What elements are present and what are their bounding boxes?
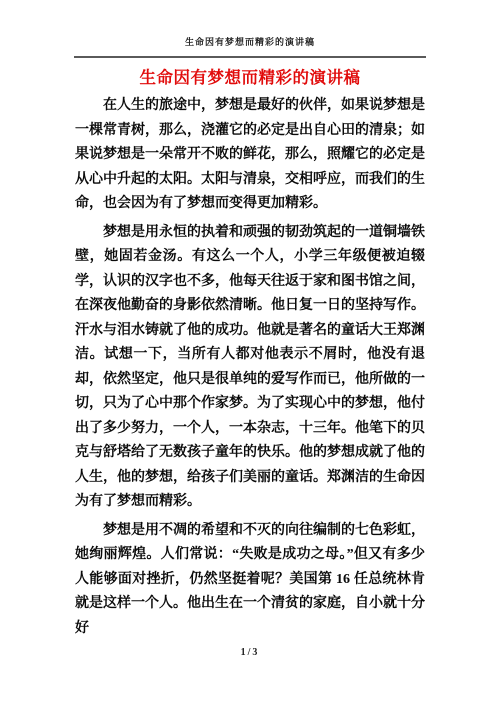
document-body: 在人生的旅途中，梦想是最好的伙伴，如果说梦想是一棵常青树，那么，浇灌它的必定是出…	[75, 94, 425, 641]
document-title: 生命因有梦想而精彩的演讲稿	[0, 67, 500, 89]
running-header-title: 生命因有梦想而精彩的演讲稿	[0, 36, 500, 48]
document-page: 生命因有梦想而精彩的演讲稿 生命因有梦想而精彩的演讲稿 在人生的旅途中，梦想是最…	[0, 0, 500, 708]
header-divider	[74, 56, 426, 58]
paragraph-1: 在人生的旅途中，梦想是最好的伙伴，如果说梦想是一棵常青树，那么，浇灌它的必定是出…	[75, 94, 425, 217]
paragraph-3: 梦想是用不凋的希望和不灭的向往编制的七色彩虹，她绚丽辉煌。人们常说：“失败是成功…	[75, 519, 425, 642]
page-header: 生命因有梦想而精彩的演讲稿	[0, 0, 500, 58]
paragraph-2: 梦想是用永恒的执着和顽强的韧劲筑起的一道铜墙铁壁，她固若金汤。有这么一个人，小学…	[75, 221, 425, 515]
page-number: 1/3	[241, 647, 260, 658]
page-footer: 1/3	[0, 642, 500, 660]
